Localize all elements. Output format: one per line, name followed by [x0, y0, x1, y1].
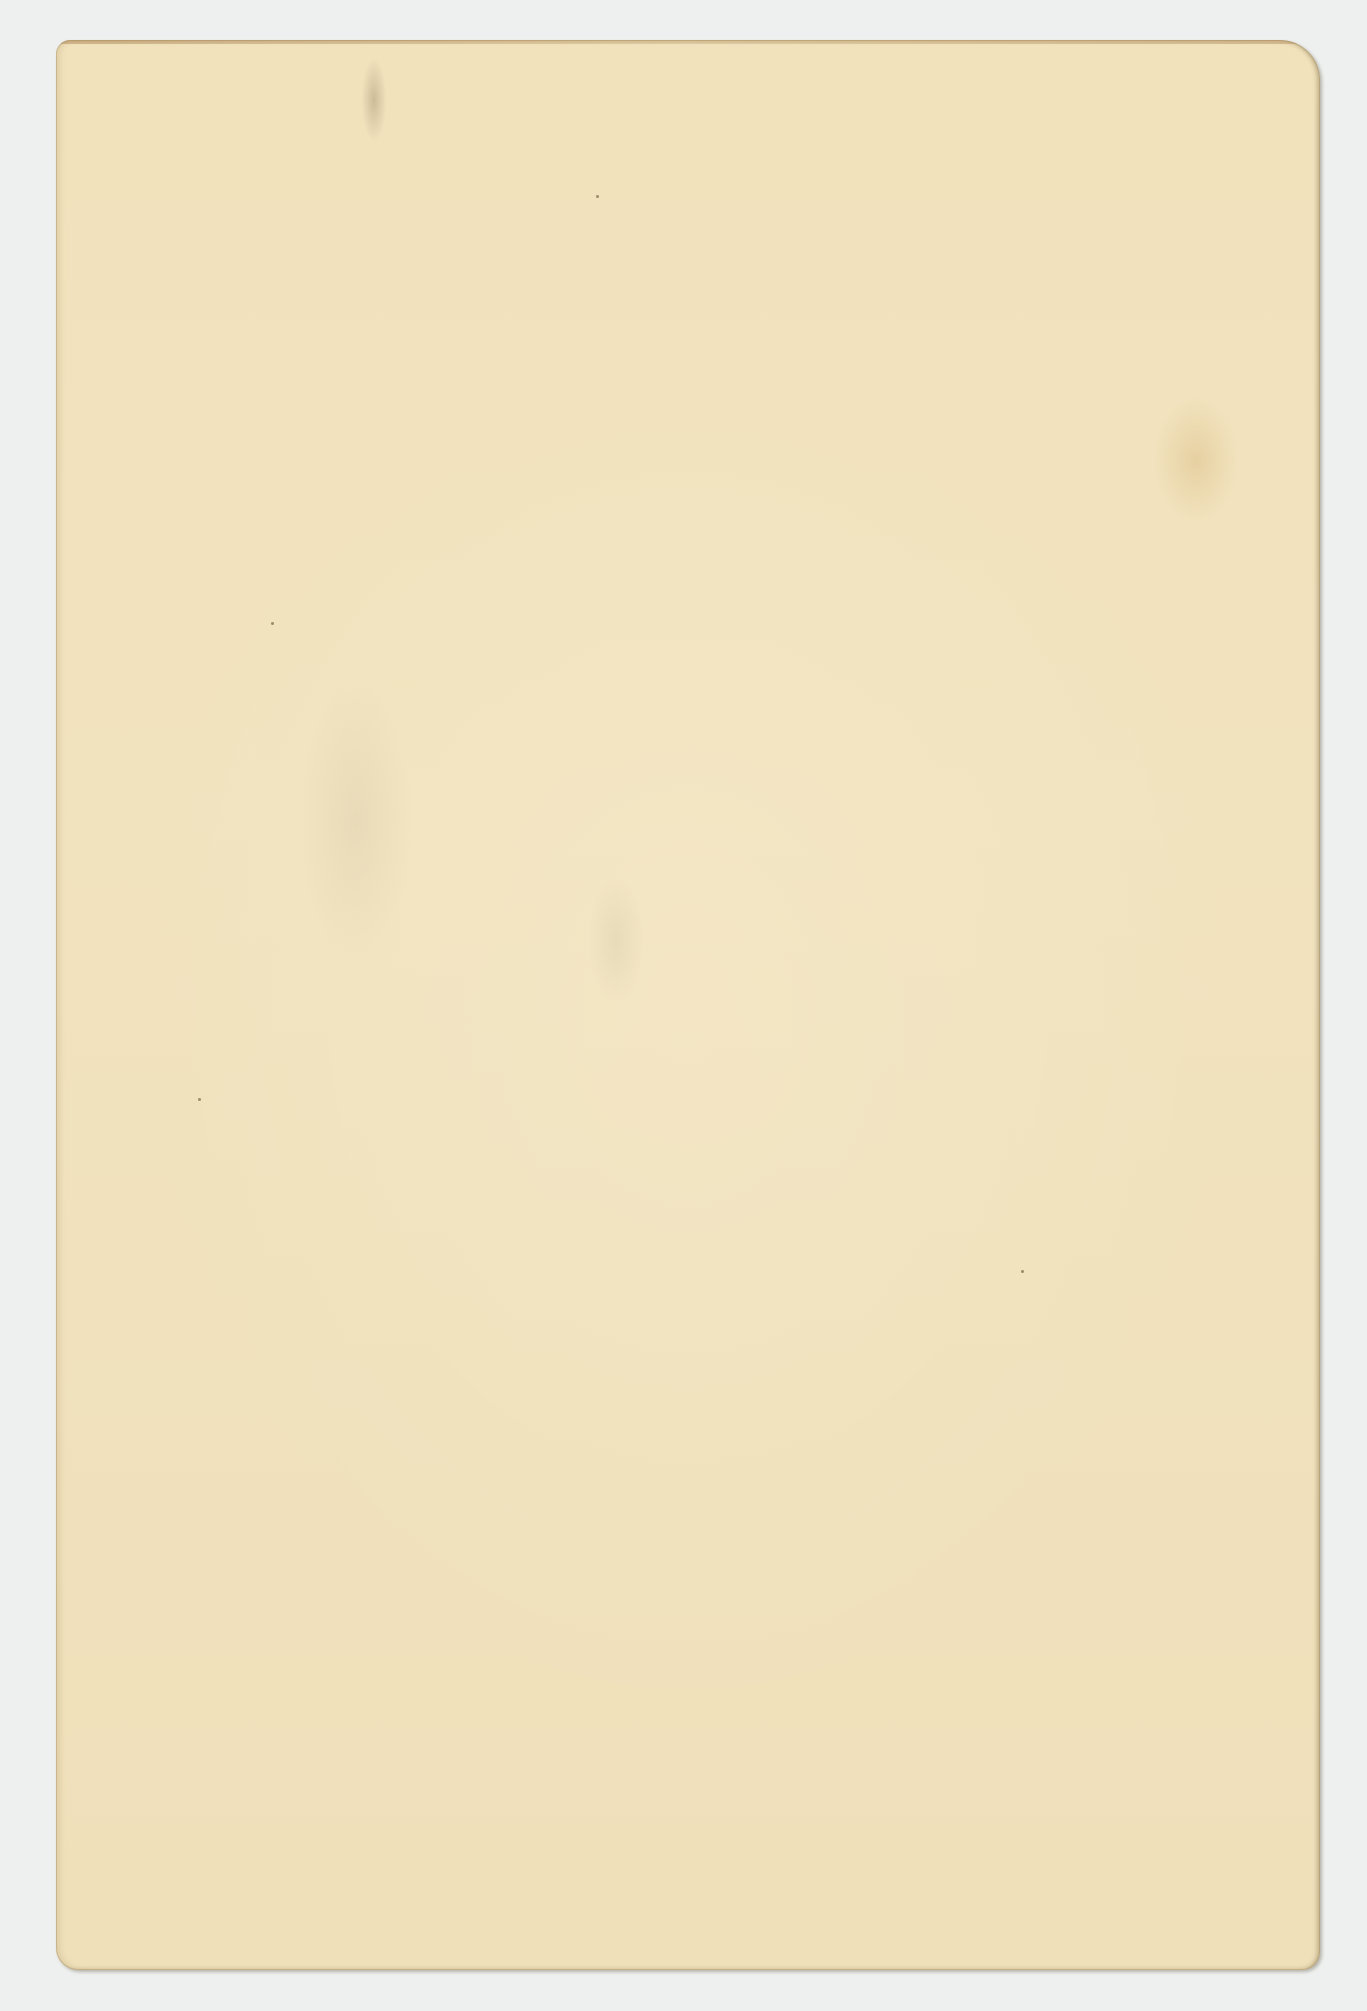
speck: [271, 622, 274, 625]
speck: [198, 1098, 201, 1101]
blank-card: [56, 40, 1320, 1970]
card-top-edge: [56, 40, 1320, 44]
speck: [1021, 1270, 1024, 1273]
speck: [596, 195, 599, 198]
